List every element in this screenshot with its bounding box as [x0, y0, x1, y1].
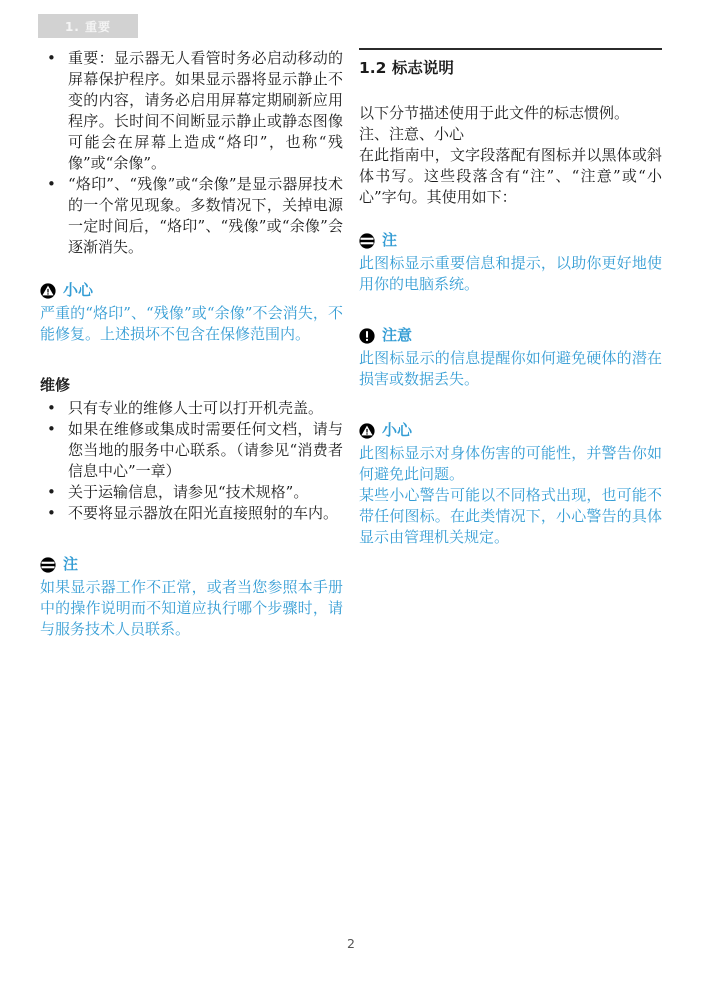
caution-title: 小心 [63, 280, 93, 301]
manual-page: 1. 重要 重要：显示器无人看管时务必启动移动的屏幕保护程序。如果显示器将显示静… [0, 0, 702, 993]
note-icon [359, 233, 375, 249]
legend-item-body: 此图标显示的信息提醒你如何避免硬体的潜在损害或数据丢失。 [359, 348, 662, 390]
page-number: 2 [0, 936, 702, 951]
list-item: 不要将显示器放在阳光直接照射的车内。 [40, 503, 343, 524]
legend-item-caution: 小心 此图标显示对身体伤害的可能性，并警告你如何避免此问题。 某些小心警告可能以… [359, 420, 662, 548]
section-divider [359, 48, 662, 50]
caution-body: 严重的“烙印”、“残像”或“余像”不会消失，不能修复。上述损坏不包含在保修范围内… [40, 303, 343, 345]
right-column: 1.2 标志说明 以下分节描述使用于此文件的标志惯例。 注、注意、小心 在此指南… [359, 48, 662, 548]
repair-bullet-list: 只有专业的维修人士可以打开机壳盖。 如果在维修或集成时需要任何文档，请与您当地的… [40, 398, 343, 524]
repair-heading: 维修 [40, 375, 343, 396]
note-body: 如果显示器工作不正常，或者当您参照本手册中的操作说明而不知道应执行哪个步骤时，请… [40, 577, 343, 640]
legend-item-title: 注意 [382, 325, 412, 346]
repair-section: 维修 只有专业的维修人士可以打开机壳盖。 如果在维修或集成时需要任何文档，请与您… [40, 375, 343, 524]
legend-subheading: 注、注意、小心 [359, 124, 662, 145]
safety-bullet-list: 重要：显示器无人看管时务必启动移动的屏幕保护程序。如果显示器将显示静止不变的内容… [40, 48, 343, 258]
legend-item-title: 注 [382, 230, 397, 251]
legend-item-body: 此图标显示重要信息和提示，以助你更好地使用你的电脑系统。 [359, 253, 662, 295]
caution-section: 小心 严重的“烙印”、“残像”或“余像”不会消失，不能修复。上述损坏不包含在保修… [40, 280, 343, 345]
note-section: 注 如果显示器工作不正常，或者当您参照本手册中的操作说明而不知道应执行哪个步骤时… [40, 554, 343, 640]
legend-body: 在此指南中，文字段落配有图标并以黑体或斜体书写。这些段落含有“注”、“注意”或“… [359, 145, 662, 208]
caution-icon [40, 283, 56, 299]
list-item: “烙印”、“残像”或“余像”是显示器屏技术的一个常见现象。多数情况下，关掉电源一… [40, 174, 343, 258]
legend-intro: 以下分节描述使用于此文件的标志惯例。 [359, 103, 662, 124]
note-icon [40, 557, 56, 573]
list-item: 重要：显示器无人看管时务必启动移动的屏幕保护程序。如果显示器将显示静止不变的内容… [40, 48, 343, 174]
section-title: 1.2 标志说明 [359, 58, 662, 79]
legend-item-title: 小心 [382, 420, 412, 441]
legend-item-note: 注 此图标显示重要信息和提示，以助你更好地使用你的电脑系统。 [359, 230, 662, 295]
caution-icon [359, 423, 375, 439]
list-item: 如果在维修或集成时需要任何文档，请与您当地的服务中心联系。（请参见“消费者信息中… [40, 419, 343, 482]
attention-icon [359, 328, 375, 344]
legend-item-attention: 注意 此图标显示的信息提醒你如何避免硬体的潜在损害或数据丢失。 [359, 325, 662, 390]
list-item: 关于运输信息，请参见“技术规格”。 [40, 482, 343, 503]
left-column: 重要：显示器无人看管时务必启动移动的屏幕保护程序。如果显示器将显示静止不变的内容… [40, 48, 343, 640]
note-title: 注 [63, 554, 78, 575]
chapter-tab-label: 1. 重要 [65, 18, 111, 35]
chapter-tab: 1. 重要 [38, 14, 138, 38]
list-item: 只有专业的维修人士可以打开机壳盖。 [40, 398, 343, 419]
legend-item-body: 此图标显示对身体伤害的可能性，并警告你如何避免此问题。 某些小心警告可能以不同格… [359, 443, 662, 548]
